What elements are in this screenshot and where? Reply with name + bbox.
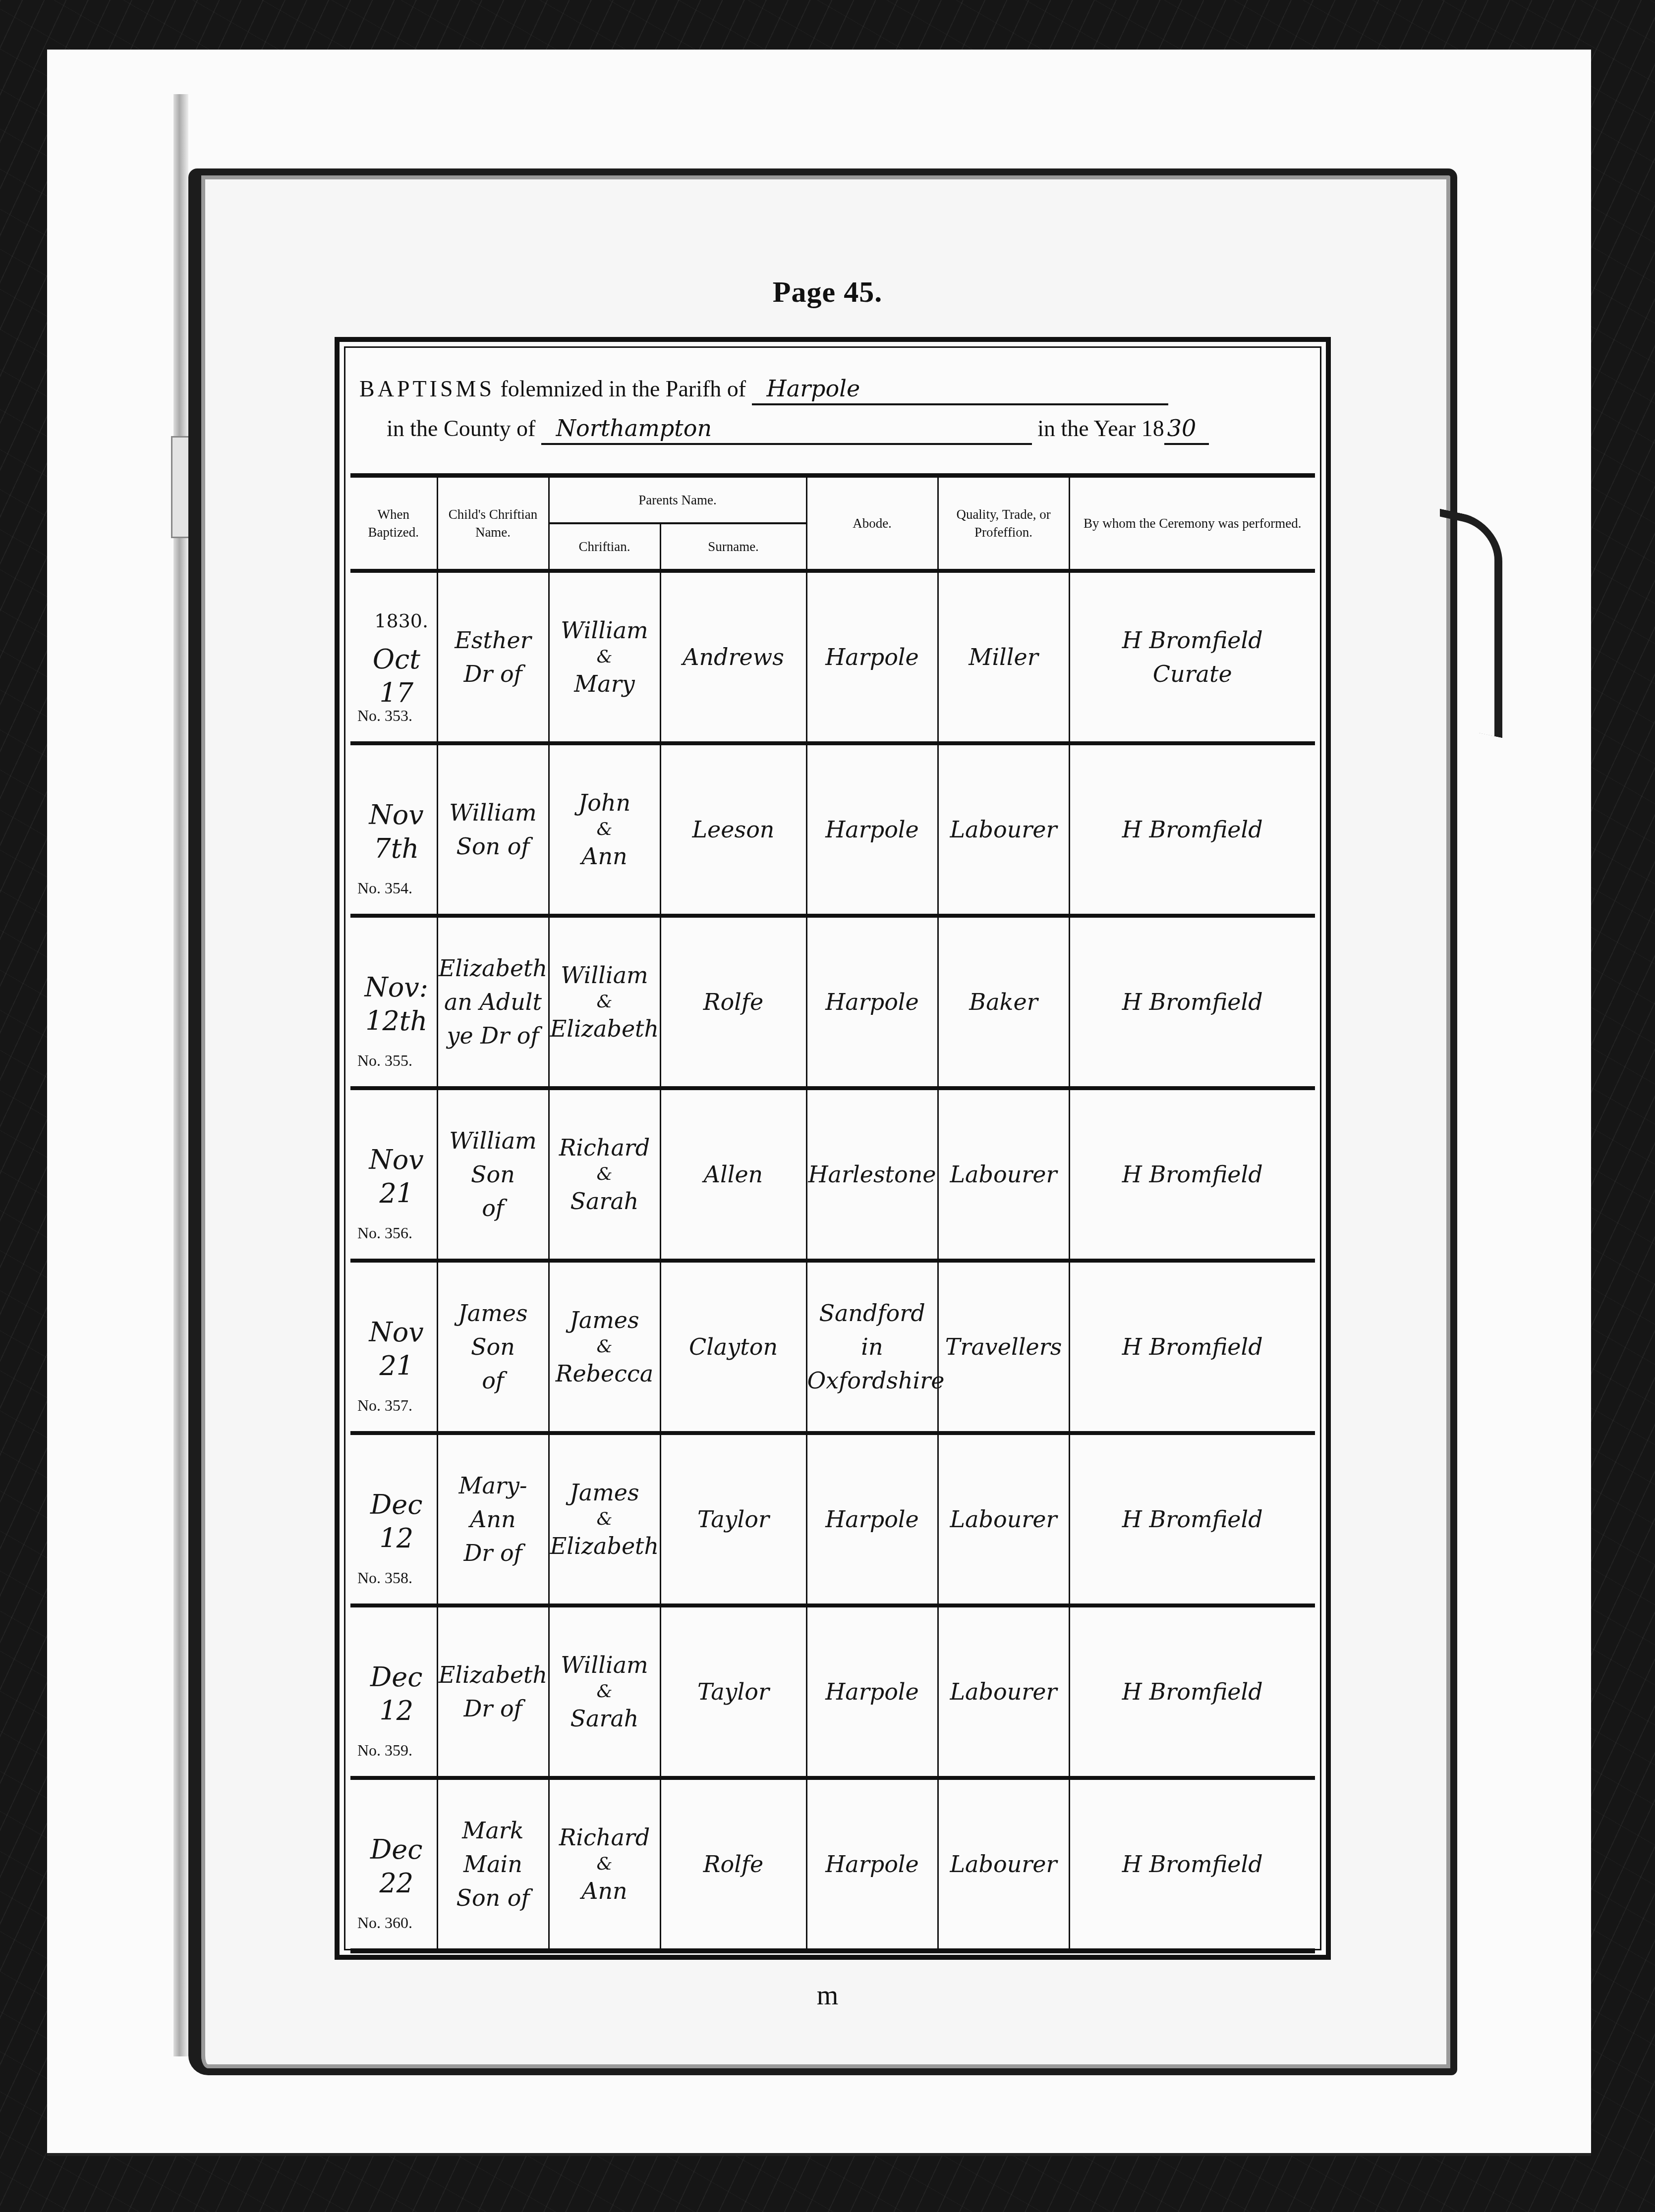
baptism-table: When Baptized. Child's Chriftian Name. P… xyxy=(350,473,1315,1953)
abode-line: Harpole xyxy=(807,640,937,674)
cell-child-name: EstherDr of xyxy=(437,571,549,743)
officiant-line: H Bromfield xyxy=(1070,1502,1315,1536)
child-name-line: of xyxy=(438,1191,548,1225)
cell-quality: Labourer xyxy=(938,743,1069,916)
parent-name-line: Ann xyxy=(550,1874,660,1908)
cell-officiant: H Bromfield xyxy=(1069,743,1315,916)
child-name-line: ye Dr of xyxy=(438,1019,548,1052)
heading-line-parish: BAPTISMS folemnized in the Parifh of Har… xyxy=(359,369,1168,409)
child-name-line: Ann xyxy=(438,1502,548,1536)
cell-abode: Harpole xyxy=(806,1605,938,1778)
child-name-line: Main xyxy=(438,1847,548,1881)
cell-quality: Labourer xyxy=(938,1605,1069,1778)
year-note: 1830. xyxy=(366,604,437,638)
cell-surname: Andrews xyxy=(660,571,806,743)
table-row: Dec 22 No. 360. MarkMainSon of Richard&A… xyxy=(350,1778,1315,1951)
parent-name-line: William xyxy=(550,1648,660,1682)
baptism-date: Dec 12 xyxy=(356,1488,437,1555)
child-name-line: James xyxy=(438,1296,548,1330)
cell-when: Nov 21 No. 356. xyxy=(350,1088,437,1261)
parent-name-line: Elizabeth xyxy=(550,1529,660,1563)
abode-line: Harpole xyxy=(807,985,937,1019)
heading-line-county: in the County of Northampton in the Year… xyxy=(387,409,1209,448)
col-header-parents: Parents Name. xyxy=(549,476,806,524)
parent-name-line: William xyxy=(550,958,660,992)
officiant-line: H Bromfield xyxy=(1070,623,1315,657)
cell-officiant: H BromfieldCurate xyxy=(1069,571,1315,743)
cell-surname: Allen xyxy=(660,1088,806,1261)
parent-name-line: & xyxy=(550,647,660,667)
cell-when: Dec 22 No. 360. xyxy=(350,1778,437,1951)
cell-abode: Harlestone xyxy=(806,1088,938,1261)
cell-quality: Miller xyxy=(938,571,1069,743)
parent-name-line: James xyxy=(550,1303,660,1337)
cell-child-name: WilliamSonof xyxy=(437,1088,549,1261)
cell-when: 1830. Oct 17 No. 353. xyxy=(350,571,437,743)
table-row: 1830. Oct 17 No. 353. EstherDr of Willia… xyxy=(350,571,1315,743)
cell-officiant: H Bromfield xyxy=(1069,1261,1315,1433)
baptism-date: Dec 22 xyxy=(356,1833,437,1900)
child-name-line: Son xyxy=(438,1330,548,1364)
cell-parents-christian: James&Elizabeth xyxy=(549,1433,660,1605)
entry-number: No. 353. xyxy=(357,699,412,732)
baptism-register: BAPTISMS folemnized in the Parifh of Har… xyxy=(335,337,1331,1960)
cell-parents-christian: James&Rebecca xyxy=(549,1261,660,1433)
parent-name-line: Sarah xyxy=(550,1184,660,1218)
child-name-line: Dr of xyxy=(438,657,548,691)
cell-officiant: H Bromfield xyxy=(1069,916,1315,1088)
child-name-line: Son xyxy=(438,1158,548,1191)
parent-name-line: Richard xyxy=(550,1821,660,1854)
cell-officiant: H Bromfield xyxy=(1069,1605,1315,1778)
abode-line: Harpole xyxy=(807,1847,937,1881)
parent-name-line: Mary xyxy=(550,667,660,701)
abode-line: in xyxy=(807,1330,937,1364)
col-header-when: When Baptized. xyxy=(350,476,437,571)
entry-number: No. 359. xyxy=(357,1733,412,1767)
officiant-line: H Bromfield xyxy=(1070,813,1315,846)
table-row: Nov 21 No. 356. WilliamSonof Richard&Sar… xyxy=(350,1088,1315,1261)
entry-number: No. 358. xyxy=(357,1561,412,1595)
entry-number: No. 360. xyxy=(357,1906,412,1939)
cell-surname: Rolfe xyxy=(660,916,806,1088)
parent-name-line: James xyxy=(550,1476,660,1509)
child-name-line: of xyxy=(438,1364,548,1397)
parish-field: Harpole xyxy=(752,374,1168,405)
col-header-child-name: Child's Chriftian Name. xyxy=(437,476,549,571)
cell-officiant: H Bromfield xyxy=(1069,1778,1315,1951)
book-spine-edge xyxy=(173,94,188,2056)
baptism-date: Nov 21 xyxy=(356,1143,437,1211)
cell-quality: Baker xyxy=(938,916,1069,1088)
cell-abode: Harpole xyxy=(806,743,938,916)
parent-name-line: Rebecca xyxy=(550,1357,660,1390)
parent-name-line: Richard xyxy=(550,1131,660,1164)
cell-surname: Rolfe xyxy=(660,1778,806,1951)
child-name-line: Dr of xyxy=(438,1536,548,1570)
cell-quality: Labourer xyxy=(938,1778,1069,1951)
table-row: Dec 12 No. 358. Mary-AnnDr of James&Eliz… xyxy=(350,1433,1315,1605)
abode-line: Harpole xyxy=(807,1675,937,1709)
cell-parents-christian: William&Elizabeth xyxy=(549,916,660,1088)
table-row: Nov 7th No. 354. WilliamSon of John&Ann … xyxy=(350,743,1315,916)
county-field: Northampton xyxy=(541,413,1032,445)
cell-child-name: WilliamSon of xyxy=(437,743,549,916)
child-name-line: Mary- xyxy=(438,1469,548,1502)
baptism-date: Dec 12 xyxy=(356,1660,437,1728)
cell-quality: Labourer xyxy=(938,1088,1069,1261)
cell-child-name: Elizabethan Adultye Dr of xyxy=(437,916,549,1088)
child-name-line: Dr of xyxy=(438,1692,548,1725)
col-header-abode: Abode. xyxy=(806,476,938,571)
table-row: Dec 12 No. 359. ElizabethDr of William&S… xyxy=(350,1605,1315,1778)
heading-year-label: in the Year 18 xyxy=(1037,416,1164,441)
col-header-parents-christian: Chriftian. xyxy=(549,523,660,571)
parent-name-line: & xyxy=(550,1854,660,1874)
child-name-line: Mark xyxy=(438,1814,548,1847)
officiant-line: H Bromfield xyxy=(1070,1847,1315,1881)
cell-parents-christian: William&Mary xyxy=(549,571,660,743)
cell-surname: Clayton xyxy=(660,1261,806,1433)
cell-child-name: ElizabethDr of xyxy=(437,1605,549,1778)
signature-mark: m xyxy=(0,1980,1655,2011)
cell-abode: Harpole xyxy=(806,916,938,1088)
heading-parish-label: folemnized in the Parifh of xyxy=(500,376,746,401)
abode-line: Sandford xyxy=(807,1296,937,1330)
parent-name-line: William xyxy=(550,613,660,647)
cell-abode: Harpole xyxy=(806,1778,938,1951)
child-name-line: Son of xyxy=(438,829,548,863)
parent-name-line: & xyxy=(550,820,660,839)
page-title: Page 45. xyxy=(0,275,1655,309)
child-name-line: William xyxy=(438,1124,548,1158)
cell-surname: Taylor xyxy=(660,1433,806,1605)
register-heading: BAPTISMS folemnized in the Parifh of Har… xyxy=(359,369,1306,458)
baptism-date: Nov: 12th xyxy=(356,971,437,1038)
cell-abode: Harpole xyxy=(806,571,938,743)
baptism-date: Nov 7th xyxy=(356,798,437,866)
child-name-line: Elizabeth xyxy=(438,1658,548,1692)
parent-name-line: John xyxy=(550,786,660,820)
bookmark-ribbon-icon xyxy=(1440,509,1502,738)
entry-number: No. 357. xyxy=(357,1388,412,1422)
cell-when: Dec 12 No. 359. xyxy=(350,1605,437,1778)
cell-child-name: MarkMainSon of xyxy=(437,1778,549,1951)
cell-quality: Labourer xyxy=(938,1433,1069,1605)
baptism-date: Nov 21 xyxy=(356,1316,437,1383)
entry-number: No. 355. xyxy=(357,1044,412,1077)
cell-parents-christian: Richard&Ann xyxy=(549,1778,660,1951)
parent-name-line: Elizabeth xyxy=(550,1012,660,1046)
cell-parents-christian: Richard&Sarah xyxy=(549,1088,660,1261)
year-field: 30 xyxy=(1164,413,1209,445)
cell-when: Nov 21 No. 357. xyxy=(350,1261,437,1433)
parent-name-line: Sarah xyxy=(550,1702,660,1735)
cell-abode: Harpole xyxy=(806,1433,938,1605)
col-header-officiant: By whom the Ceremony was performed. xyxy=(1069,476,1315,571)
officiant-line: H Bromfield xyxy=(1070,1158,1315,1191)
cell-child-name: JamesSonof xyxy=(437,1261,549,1433)
entry-number: No. 354. xyxy=(357,871,412,905)
officiant-line: Curate xyxy=(1070,657,1315,691)
col-header-quality: Quality, Trade, or Profeffion. xyxy=(938,476,1069,571)
child-name-line: Elizabeth xyxy=(438,951,548,985)
parent-name-line: Ann xyxy=(550,839,660,873)
cell-when: Nov: 12th No. 355. xyxy=(350,916,437,1088)
parent-name-line: & xyxy=(550,1509,660,1529)
parent-name-line: & xyxy=(550,1682,660,1702)
child-name-line: William xyxy=(438,796,548,829)
table-row: Nov: 12th No. 355. Elizabethan Adultye D… xyxy=(350,916,1315,1088)
col-header-parents-surname: Surname. xyxy=(660,523,806,571)
table-row: Nov 21 No. 357. JamesSonof James&Rebecca… xyxy=(350,1261,1315,1433)
child-name-line: Son of xyxy=(438,1881,548,1915)
cell-officiant: H Bromfield xyxy=(1069,1433,1315,1605)
entries-body: 1830. Oct 17 No. 353. EstherDr of Willia… xyxy=(350,571,1315,1951)
abode-line: Oxfordshire xyxy=(807,1364,937,1397)
heading-baptisms: BAPTISMS xyxy=(359,376,495,401)
cell-abode: SandfordinOxfordshire xyxy=(806,1261,938,1433)
cell-when: Dec 12 No. 358. xyxy=(350,1433,437,1605)
officiant-line: H Bromfield xyxy=(1070,1675,1315,1709)
abode-line: Harpole xyxy=(807,1502,937,1536)
parent-name-line: & xyxy=(550,992,660,1012)
cell-parents-christian: John&Ann xyxy=(549,743,660,916)
cell-child-name: Mary-AnnDr of xyxy=(437,1433,549,1605)
parent-name-line: & xyxy=(550,1337,660,1357)
cell-parents-christian: William&Sarah xyxy=(549,1605,660,1778)
child-name-line: Esther xyxy=(438,623,548,657)
cell-surname: Leeson xyxy=(660,743,806,916)
abode-line: Harlestone xyxy=(807,1158,937,1191)
child-name-line: an Adult xyxy=(438,985,548,1019)
cell-officiant: H Bromfield xyxy=(1069,1088,1315,1261)
parent-name-line: & xyxy=(550,1164,660,1184)
entry-number: No. 356. xyxy=(357,1216,412,1250)
cell-when: Nov 7th No. 354. xyxy=(350,743,437,916)
officiant-line: H Bromfield xyxy=(1070,1330,1315,1364)
cell-quality: Travellers xyxy=(938,1261,1069,1433)
officiant-line: H Bromfield xyxy=(1070,985,1315,1019)
heading-county-label: in the County of xyxy=(387,416,535,441)
abode-line: Harpole xyxy=(807,813,937,846)
cell-surname: Taylor xyxy=(660,1605,806,1778)
